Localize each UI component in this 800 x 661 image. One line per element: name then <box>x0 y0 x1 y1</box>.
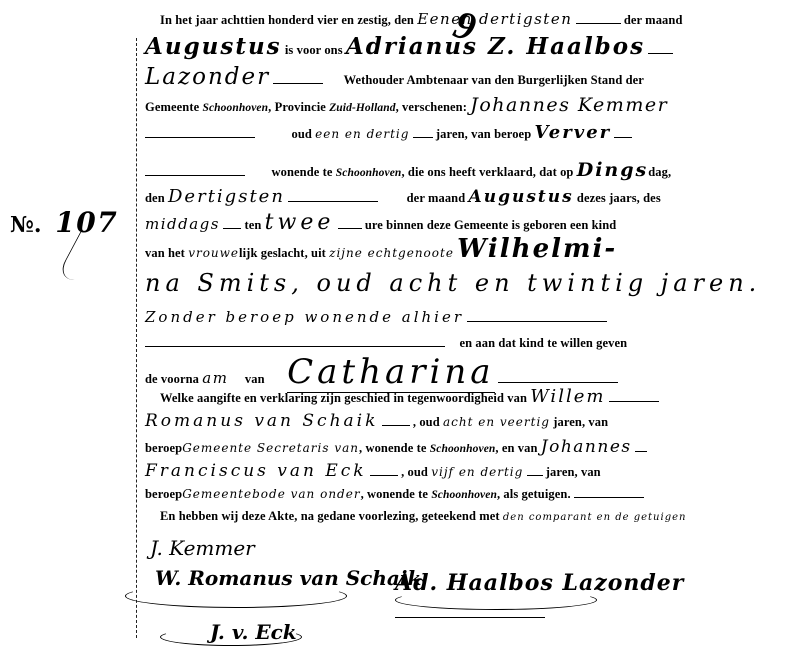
printed-text: jaren, van beroep <box>436 127 531 141</box>
blank-line <box>648 41 673 54</box>
printed-text: , verschenen: <box>396 100 467 114</box>
printed-text: , die ons heeft verklaard, dat op <box>401 165 573 179</box>
handwritten-text: Dertigsten <box>168 186 285 207</box>
text-line-1: In het jaar achttien honderd vier en zes… <box>160 8 790 30</box>
place-name: Schoonhoven <box>336 167 402 179</box>
text-line-17: Franciscus van Eck , oud vijf en dertig … <box>145 460 775 482</box>
blank-line <box>498 370 618 383</box>
printed-text: der maand <box>624 13 683 27</box>
handwritten-text: Adrianus Z. Haalbos <box>346 33 645 60</box>
blank-line <box>145 163 245 176</box>
printed-text: van het <box>145 246 185 260</box>
printed-text: lijk geslacht, uit <box>239 246 326 260</box>
text-line-9: van het vrouwelijk geslacht, uit zijne e… <box>145 238 775 260</box>
printed-text: jaren, van <box>553 415 608 429</box>
handwritten-text: Franciscus van Eck <box>145 461 367 481</box>
blank-line <box>145 125 255 138</box>
printed-text: , wonende te <box>359 441 427 455</box>
blank-line <box>614 125 632 138</box>
text-line-19: En hebben wij deze Akte, na gedane voorl… <box>160 505 790 527</box>
printed-text: Gemeente <box>145 100 199 114</box>
handwritten-text: een en dertig <box>315 127 409 141</box>
blank-line <box>273 71 323 84</box>
handwritten-text: Verver <box>534 122 611 143</box>
text-line-11: Zonder beroep wonende alhier <box>145 306 775 328</box>
text-line-8: middags ten twee ure binnen deze Gemeent… <box>145 212 775 234</box>
printed-text: In het jaar achttien honderd vier en zes… <box>160 13 414 27</box>
signature-underline <box>395 617 545 618</box>
text-line-16: beroepGemeente Secretaris van, wonende t… <box>145 436 775 458</box>
printed-text: den <box>145 191 165 205</box>
blank-line <box>370 463 398 476</box>
blank-line <box>635 439 647 452</box>
printed-text: dag, <box>648 165 671 179</box>
printed-text: Welke aangifte en verklaring zijn geschi… <box>160 391 527 405</box>
place-name: Schoonhoven <box>430 443 496 455</box>
register-number-prefix: №. <box>10 212 42 238</box>
handwritten-text: Willem <box>530 386 605 407</box>
handwritten-text: twee <box>265 210 335 235</box>
printed-text: , Provincie <box>268 100 326 114</box>
printed-text: wonende te <box>271 165 332 179</box>
margin-rule <box>136 38 137 638</box>
text-line-15: Romanus van Schaik , oud acht en veertig… <box>145 410 775 432</box>
handwritten-text: Romanus van Schaik <box>145 411 378 431</box>
text-line-3: Lazonder Wethouder Ambtenaar van den Bur… <box>145 66 775 88</box>
handwritten-text: Zonder beroep wonende alhier <box>145 308 464 326</box>
handwritten-text: Johannes <box>541 437 632 457</box>
handwritten-text: Gemeentebode van onder <box>182 487 360 501</box>
handwritten-text: vrouwe <box>188 246 239 260</box>
handwritten-text: na Smits, oud acht en twintig jaren. <box>145 269 761 297</box>
handwritten-text: Augustus <box>145 33 282 60</box>
handwritten-text: Wilhelmi- <box>457 234 617 264</box>
signature-father: J. Kemmer <box>150 536 255 560</box>
handwritten-text: zijne echtgenoote <box>329 246 454 260</box>
printed-text: der maand <box>407 191 466 205</box>
blank-line <box>527 463 543 476</box>
register-number: №. 107 <box>10 206 118 239</box>
printed-text: Wethouder Ambtenaar van den Burgerlijken… <box>344 73 644 87</box>
printed-text: beroep <box>145 441 182 455</box>
text-line-14: Welke aangifte en verklaring zijn geschi… <box>160 386 790 408</box>
text-line-6: wonende te Schoonhoven, die ons heeft ve… <box>145 159 775 181</box>
text-line-18: beroepGemeentebode van onder, wonende te… <box>145 483 775 505</box>
handwritten-text: Lazonder <box>145 64 270 90</box>
printed-text: jaren, van <box>546 465 601 479</box>
text-line-7: den Dertigsten der maand Augustus dezes … <box>145 186 775 208</box>
place-name: Schoonhoven <box>431 489 497 501</box>
signature-flourish-icon <box>395 590 597 610</box>
handwritten-text: acht en veertig <box>443 415 550 429</box>
blank-line <box>609 389 659 402</box>
handwritten-text: vijf en dertig <box>431 465 523 479</box>
text-line-4: Gemeente Schoonhoven, Provincie Zuid-Hol… <box>145 94 775 116</box>
printed-text: de voorna <box>145 372 199 386</box>
printed-text: van <box>245 372 265 386</box>
blank-line <box>467 309 607 322</box>
printed-text: , wonende te <box>361 487 429 501</box>
printed-text: dezes jaars, des <box>577 191 661 205</box>
printed-text: , en van <box>495 441 537 455</box>
printed-text: beroep <box>145 487 182 501</box>
text-line-2: Augustus is voor ons Adrianus Z. Haalbos <box>145 36 775 58</box>
blank-line <box>574 485 644 498</box>
text-line-5: oud een en dertig jaren, van beroep Verv… <box>145 122 775 144</box>
blank-line <box>288 189 378 202</box>
handwritten-text: Eenen dertigsten <box>417 10 572 28</box>
signature-flourish-icon <box>125 584 347 608</box>
blank-line <box>382 413 410 426</box>
place-name: Zuid-Holland <box>329 102 395 114</box>
handwritten-text: Gemeente Secretaris van <box>182 441 359 455</box>
text-line-12: en aan dat kind te willen geven <box>145 332 775 354</box>
handwritten-text: den comparant en de getuigen <box>503 512 687 523</box>
text-line-10: na Smits, oud acht en twintig jaren. <box>145 272 775 294</box>
handwritten-text: Dings <box>577 159 649 181</box>
printed-text: , oud <box>401 465 428 479</box>
printed-text: en aan dat kind te willen geven <box>459 336 627 350</box>
printed-text: , oud <box>413 415 440 429</box>
printed-text: En hebben wij deze Akte, na gedane voorl… <box>160 509 500 523</box>
handwritten-text: am <box>202 369 228 387</box>
blank-line <box>145 334 445 347</box>
printed-text: ure binnen deze Gemeente is geboren een … <box>365 218 617 232</box>
signature-flourish-icon <box>160 628 302 646</box>
handwritten-text: Augustus <box>469 187 574 207</box>
place-name: Schoonhoven <box>202 102 268 114</box>
printed-text: is voor ons <box>285 43 343 57</box>
blank-line <box>223 216 241 229</box>
handwritten-text: middags <box>145 215 220 233</box>
handwritten-text: Johannes Kemmer <box>470 94 668 116</box>
text-line-13: de voorna am van Catharina <box>145 354 775 390</box>
printed-text: , als getuigen. <box>497 487 571 501</box>
blank-line <box>576 11 621 24</box>
printed-text: oud <box>291 127 311 141</box>
blank-line <box>413 125 433 138</box>
printed-text: ten <box>244 218 261 232</box>
blank-line <box>338 216 362 229</box>
